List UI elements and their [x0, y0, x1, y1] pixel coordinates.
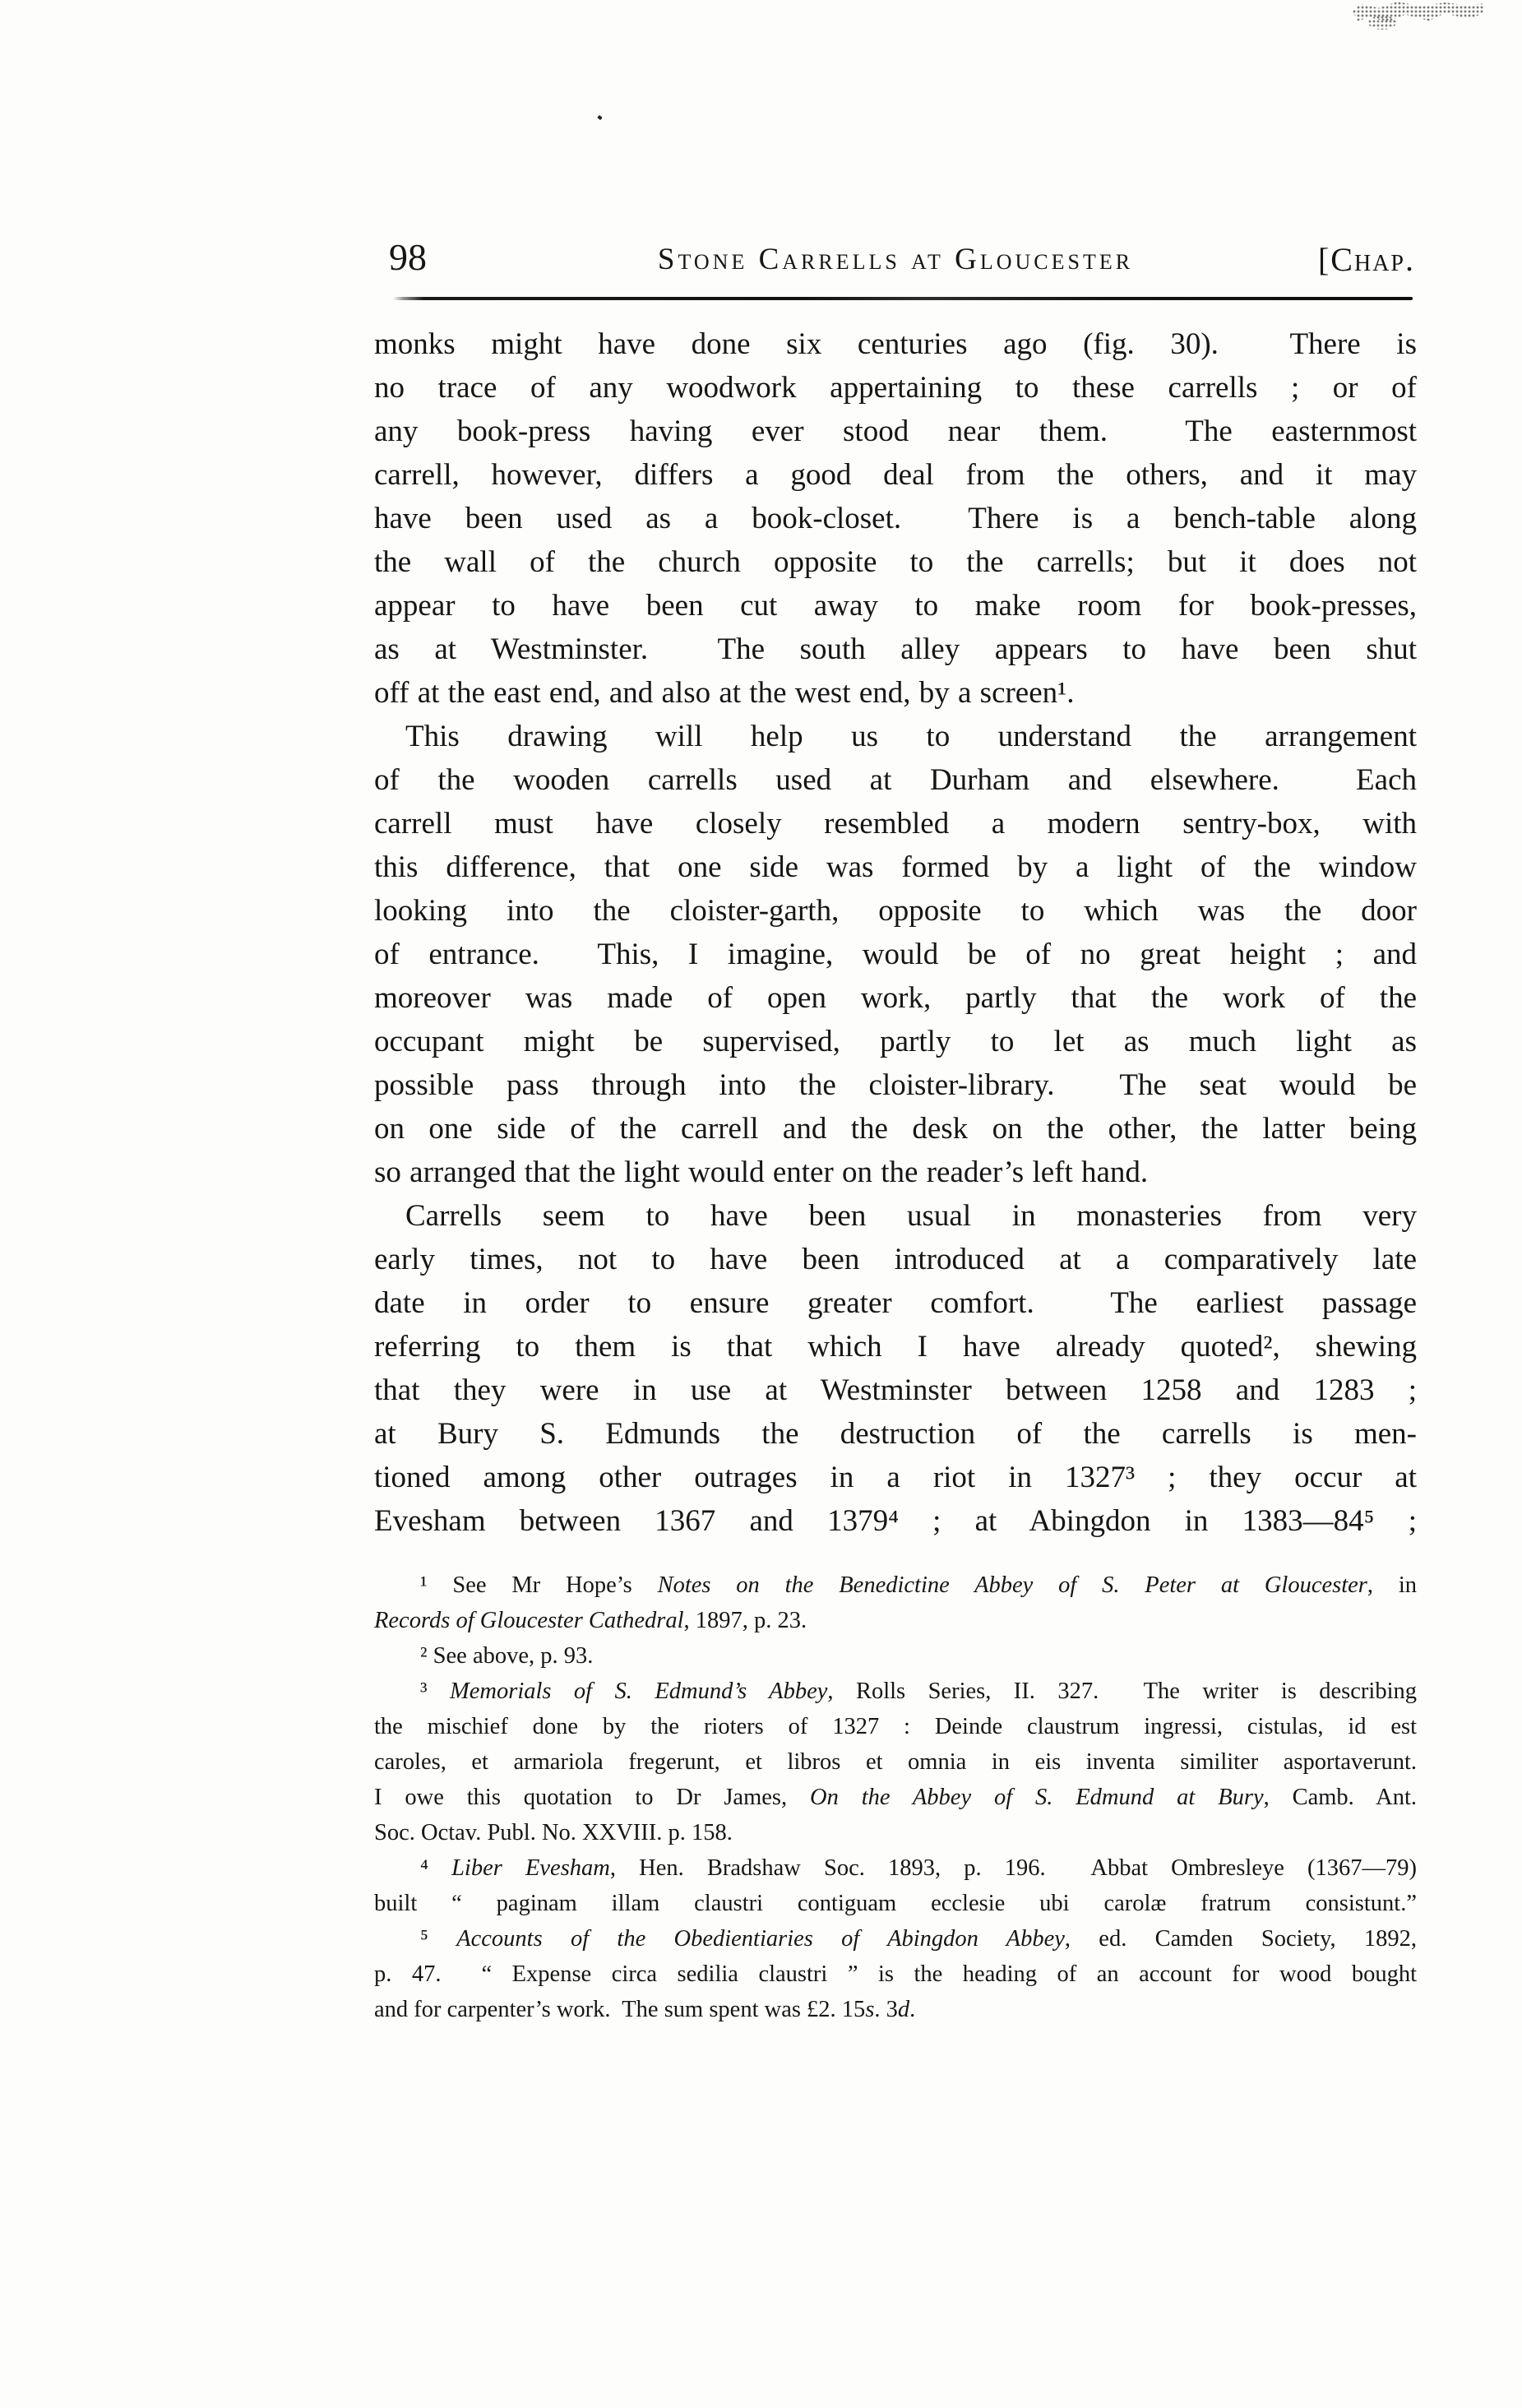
- footnote-text: . 3: [874, 1997, 898, 2022]
- footnote-italic: Memorials of S. Edmund’s Abbey: [450, 1679, 827, 1704]
- footnote-text: built “ paginam illam claustri contiguam…: [374, 1891, 1417, 1916]
- footnote-text: p. 47. “ Expense circa sedilia claustri …: [374, 1961, 1417, 1987]
- footnote-line: ⁵ Accounts of the Obedientiaries of Abin…: [374, 1921, 1417, 1956]
- scan-smudge-artifact: [1368, 16, 1396, 30]
- body-line: referring to them is that which I have a…: [374, 1325, 1417, 1368]
- footnote-text: ³: [420, 1679, 450, 1704]
- page-number: 98: [389, 238, 427, 276]
- body-line: have been used as a book-closet. There i…: [374, 497, 1417, 540]
- body-line: Carrells seem to have been usual in mona…: [374, 1194, 1417, 1238]
- body-line: off at the east end, and also at the wes…: [374, 671, 1417, 715]
- footnote-text: the mischief done by the rioters of 1327…: [374, 1714, 1417, 1739]
- body-line: tioned among other outrages in a riot in…: [374, 1456, 1417, 1499]
- footnote-italic: On the Abbey of S. Edmund at Bury: [810, 1785, 1264, 1810]
- footnote-line: Soc. Octav. Publ. No. XXVIII. p. 158.: [374, 1815, 1417, 1850]
- footnote-italic: Records of Gloucester Cathedral: [374, 1608, 684, 1633]
- footnote-text: and for carpenter’s work. The sum spent …: [374, 1997, 865, 2022]
- body-line: this difference, that one side was forme…: [374, 845, 1417, 889]
- footnote-text: I owe this quotation to Dr James,: [374, 1785, 810, 1810]
- footnote-text: , Hen. Bradshaw Soc. 1893, p. 196. Abbat…: [610, 1855, 1417, 1881]
- footnote-text: .: [909, 1997, 915, 2022]
- footnote-text: , Camb. Ant.: [1264, 1785, 1417, 1810]
- footnote-text: ⁵: [420, 1926, 456, 1952]
- page-header: 98 Stone Carrells at Gloucester [Chap.: [374, 227, 1417, 278]
- footnote-line: and for carpenter’s work. The sum spent …: [374, 1992, 1417, 2027]
- footnotes: ¹ See Mr Hope’s Notes on the Benedictine…: [374, 1568, 1417, 2027]
- body-line: appear to have been cut away to make roo…: [374, 584, 1417, 627]
- body-line: moreover was made of open work, partly t…: [374, 976, 1417, 1020]
- chapter-label: [Chap.: [1318, 243, 1415, 276]
- body-line: any book-press having ever stood near th…: [374, 410, 1417, 453]
- footnote-italic: Notes on the Benedictine Abbey of S. Pet…: [658, 1572, 1367, 1598]
- body-line: occupant might be supervised, partly to …: [374, 1020, 1417, 1063]
- footnote-line: I owe this quotation to Dr James, On the…: [374, 1780, 1417, 1815]
- body-line: carrell, however, differs a good deal fr…: [374, 453, 1417, 497]
- footnote-text: , 1897, p. 23.: [684, 1608, 807, 1633]
- footnote-line: the mischief done by the rioters of 1327…: [374, 1709, 1417, 1744]
- footnote-text: ¹ See Mr Hope’s: [420, 1572, 658, 1598]
- footnote-italic: d: [898, 1997, 909, 2022]
- body-line: possible pass through into the cloister-…: [374, 1063, 1417, 1107]
- body-line: at Bury S. Edmunds the destruction of th…: [374, 1412, 1417, 1456]
- body-line: of the wooden carrells used at Durham an…: [374, 758, 1417, 802]
- body-line: the wall of the church opposite to the c…: [374, 540, 1417, 584]
- body-line: no trace of any woodwork appertaining to…: [374, 366, 1417, 410]
- footnote-line: p. 47. “ Expense circa sedilia claustri …: [374, 1956, 1417, 1992]
- footnote-line: ³ Memorials of S. Edmund’s Abbey, Rolls …: [374, 1674, 1417, 1709]
- footnote-text: , ed. Camden Society, 1892,: [1065, 1926, 1417, 1952]
- body-line: that they were in use at Westminster bet…: [374, 1368, 1417, 1412]
- footnote-text: caroles, et armariola fregerunt, et libr…: [374, 1749, 1417, 1775]
- footnote-line: caroles, et armariola fregerunt, et libr…: [374, 1744, 1417, 1780]
- footnote-text: ² See above, p. 93.: [420, 1643, 593, 1669]
- footnote-text: Soc. Octav. Publ. No. XXVIII. p. 158.: [374, 1820, 733, 1845]
- body-line: early times, not to have been introduced…: [374, 1238, 1417, 1281]
- running-title: Stone Carrells at Gloucester: [658, 244, 1133, 275]
- body-line: monks might have done six centuries ago …: [374, 322, 1417, 366]
- body-line: of entrance. This, I imagine, would be o…: [374, 933, 1417, 976]
- footnote-line: built “ paginam illam claustri contiguam…: [374, 1886, 1417, 1921]
- footnote-text: , in: [1367, 1572, 1417, 1598]
- body-line: on one side of the carrell and the desk …: [374, 1107, 1417, 1151]
- footnote-italic: Liber Evesham: [451, 1855, 610, 1881]
- body-line: date in order to ensure greater comfort.…: [374, 1281, 1417, 1325]
- body-line: looking into the cloister-garth, opposit…: [374, 889, 1417, 933]
- footnote-line: ² See above, p. 93.: [374, 1638, 1417, 1674]
- body-line: as at Westminster. The south alley appea…: [374, 627, 1417, 671]
- footnote-line: ¹ See Mr Hope’s Notes on the Benedictine…: [374, 1568, 1417, 1603]
- footnote-italic: Accounts of the Obedientiaries of Abingd…: [456, 1926, 1065, 1952]
- body-line: This drawing will help us to understand …: [374, 715, 1417, 758]
- body-line: so arranged that the light would enter o…: [374, 1151, 1417, 1194]
- footnote-text: , Rolls Series, II. 327. The writer is d…: [827, 1679, 1417, 1704]
- footnote-italic: s: [865, 1997, 874, 2022]
- footnote-line: Records of Gloucester Cathedral, 1897, p…: [374, 1603, 1417, 1638]
- ink-speck-artifact: [597, 115, 602, 120]
- book-page: 98 Stone Carrells at Gloucester [Chap. m…: [0, 0, 1522, 2408]
- body-text: monks might have done six centuries ago …: [374, 322, 1417, 1543]
- footnote-line: ⁴ Liber Evesham, Hen. Bradshaw Soc. 1893…: [374, 1850, 1417, 1886]
- footnote-text: ⁴: [420, 1855, 451, 1881]
- body-line: carrell must have closely resembled a mo…: [374, 802, 1417, 845]
- body-line: Evesham between 1367 and 1379⁴ ; at Abin…: [374, 1499, 1417, 1543]
- header-rule: [393, 297, 1413, 300]
